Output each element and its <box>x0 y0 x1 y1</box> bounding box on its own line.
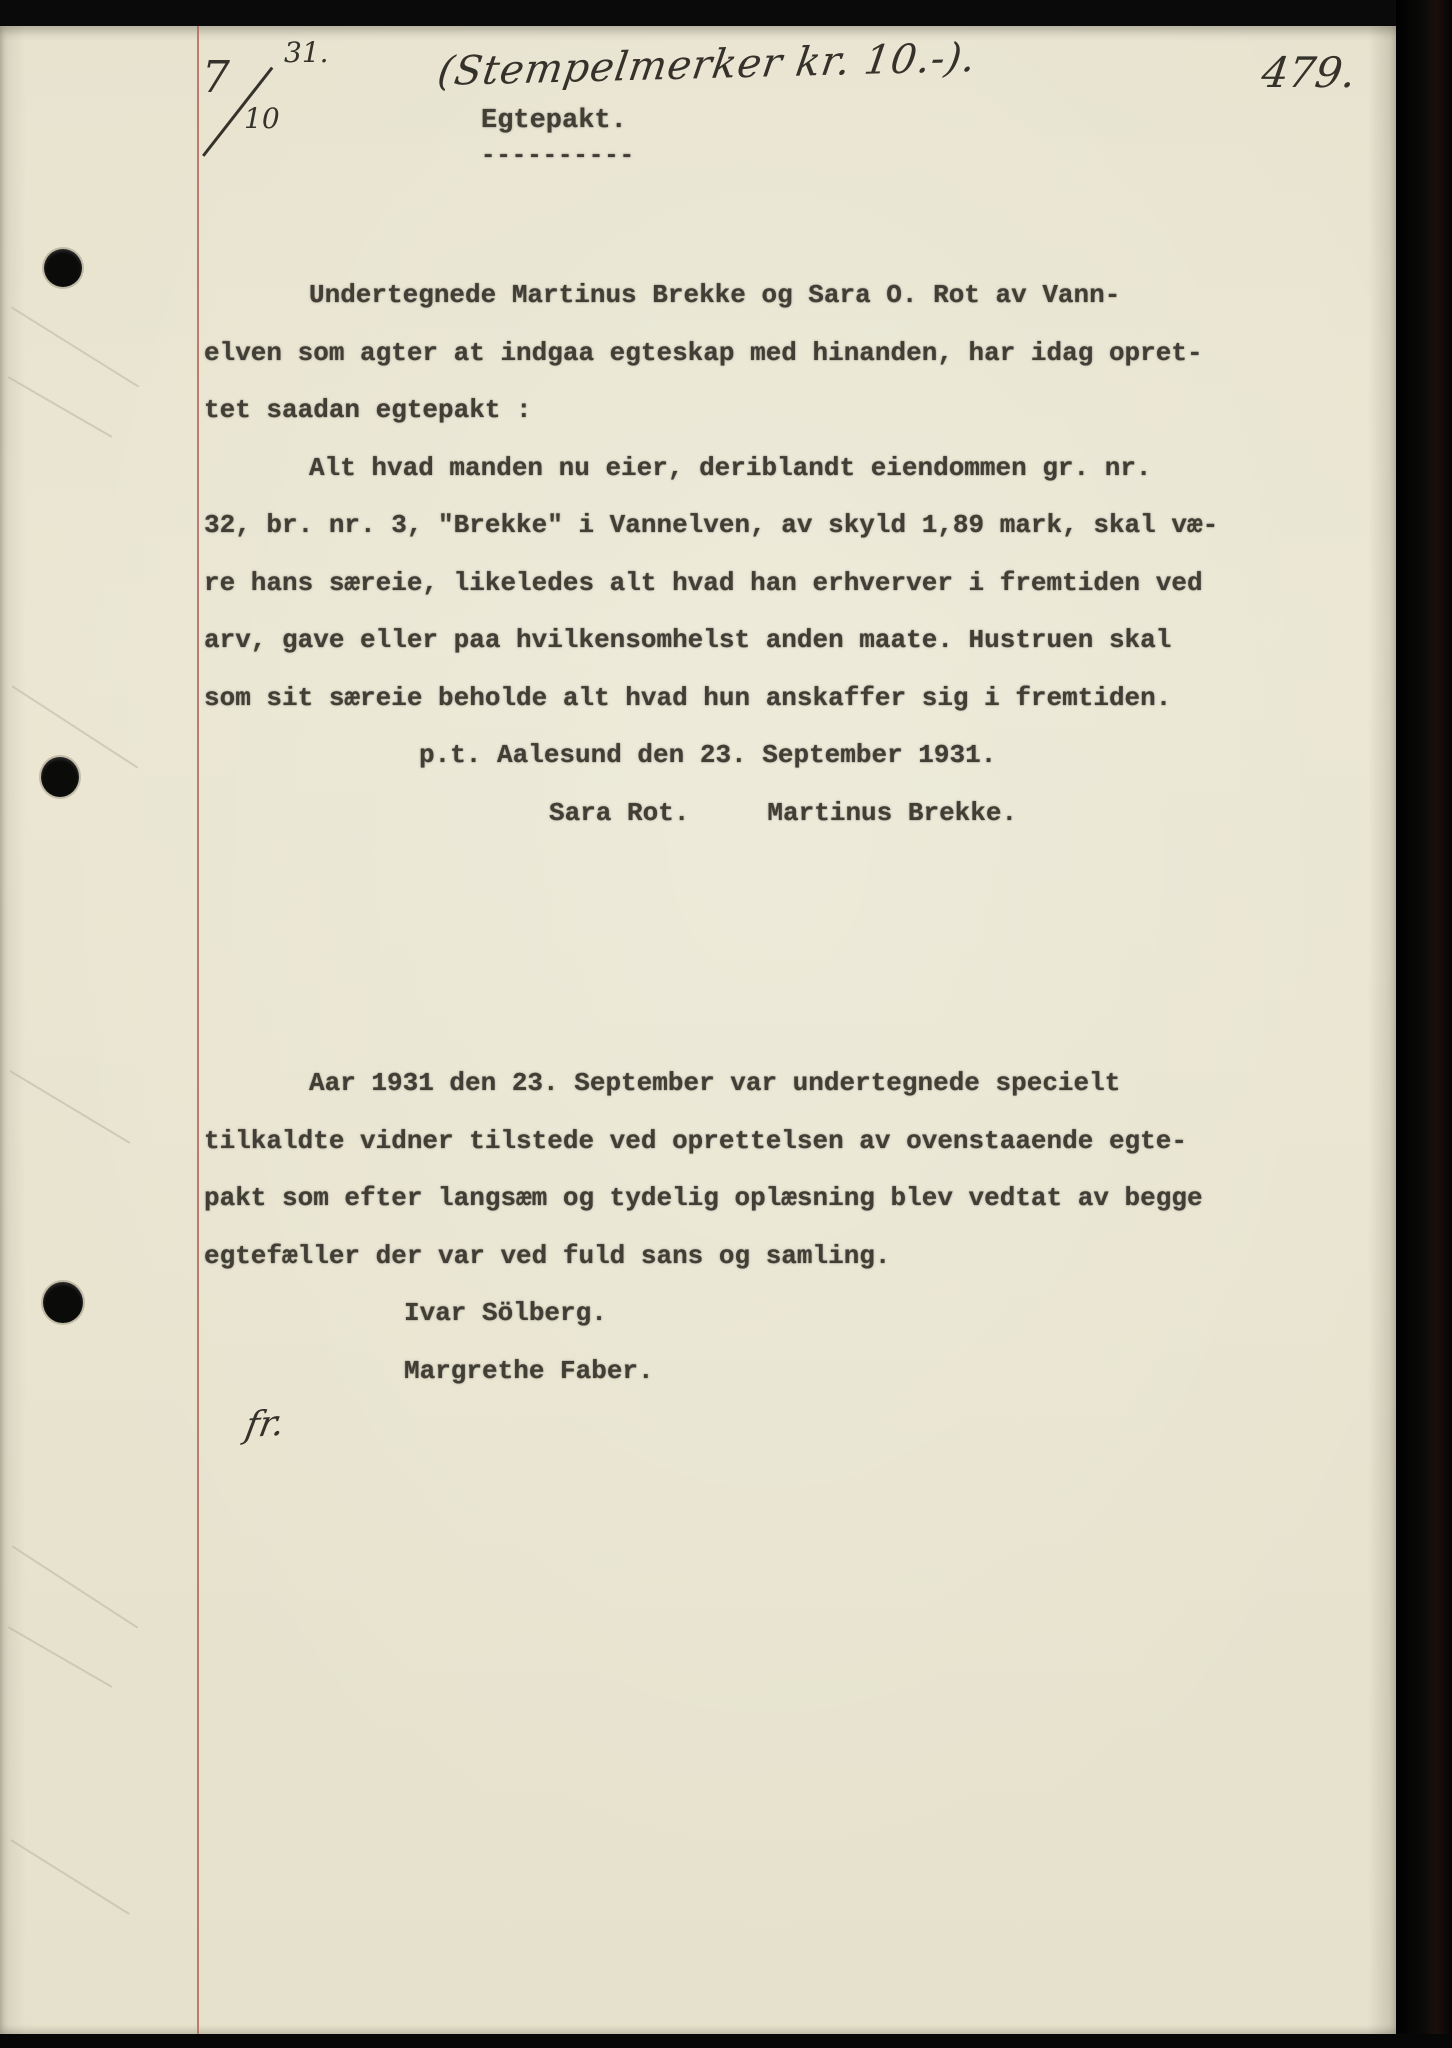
punch-hole <box>41 757 79 797</box>
punch-hole <box>43 1282 83 1323</box>
scratch-mark <box>12 685 139 768</box>
document-body: Undertegnede Martinus Brekke og Sara O. … <box>204 267 1264 1400</box>
scanned-document-page: 7 31. 10 (Stempelmerker kr. 10.-). 479. … <box>0 0 1452 2048</box>
punch-hole <box>44 249 82 287</box>
scratch-mark <box>8 376 113 438</box>
witness-signature: Ivar Sölberg. <box>204 1285 1264 1343</box>
body-line: pakt som efter langsæm og tydelig oplæsn… <box>204 1170 1264 1228</box>
scratch-mark <box>11 306 139 387</box>
registration-day: 7 <box>202 52 230 103</box>
body-line: 32, br. nr. 3, "Brekke" i Vannelven, av … <box>204 497 1264 555</box>
document-heading: Egtepakt. ---------- <box>481 106 635 172</box>
witness-signature: Margrethe Faber. <box>204 1343 1264 1401</box>
handwritten-stamp-note: (Stempelmerker kr. 10.-). <box>435 35 980 95</box>
body-line: elven som agter at indgaa egteskap med h… <box>204 325 1264 383</box>
paper-sheet: 7 31. 10 (Stempelmerker kr. 10.-). 479. … <box>0 26 1398 2034</box>
body-line: Alt hvad manden nu eier, deriblandt eien… <box>204 440 1264 498</box>
page-number: 479. <box>1259 48 1359 97</box>
scan-border-right <box>1396 0 1452 2048</box>
body-line: tilkaldte vidner tilstede ved oprettelse… <box>204 1113 1264 1171</box>
scratch-mark <box>10 1839 130 1915</box>
registration-month: 10 <box>244 102 280 135</box>
scan-border-top <box>0 0 1452 26</box>
scan-border-bottom <box>0 2034 1452 2048</box>
scratch-mark <box>8 1626 113 1688</box>
body-line: egtefæller der var ved fuld sans og saml… <box>204 1228 1264 1286</box>
heading-underline: ---------- <box>481 142 635 172</box>
body-line: tet saadan egtepakt : <box>204 382 1264 440</box>
body-line: arv, gave eller paa hvilkensomhelst ande… <box>204 612 1264 670</box>
body-line: Aar 1931 den 23. September var undertegn… <box>204 1055 1264 1113</box>
handwritten-initials: fr. <box>242 1403 288 1447</box>
handwritten-registration-mark: 7 31. 10 <box>198 36 358 186</box>
signatures-line: Sara Rot. Martinus Brekke. <box>204 785 1264 843</box>
dateline: p.t. Aalesund den 23. September 1931. <box>204 727 1264 785</box>
scratch-mark <box>9 1070 130 1144</box>
registration-year: 31. <box>284 36 329 69</box>
body-line: Undertegnede Martinus Brekke og Sara O. … <box>204 267 1264 325</box>
margin-rule-line <box>197 26 199 2034</box>
heading-title: Egtepakt. <box>481 106 635 136</box>
scratch-mark <box>12 1545 139 1628</box>
body-line: re hans særeie, likeledes alt hvad han e… <box>204 555 1264 613</box>
body-line: som sit særeie beholde alt hvad hun ansk… <box>204 670 1264 728</box>
